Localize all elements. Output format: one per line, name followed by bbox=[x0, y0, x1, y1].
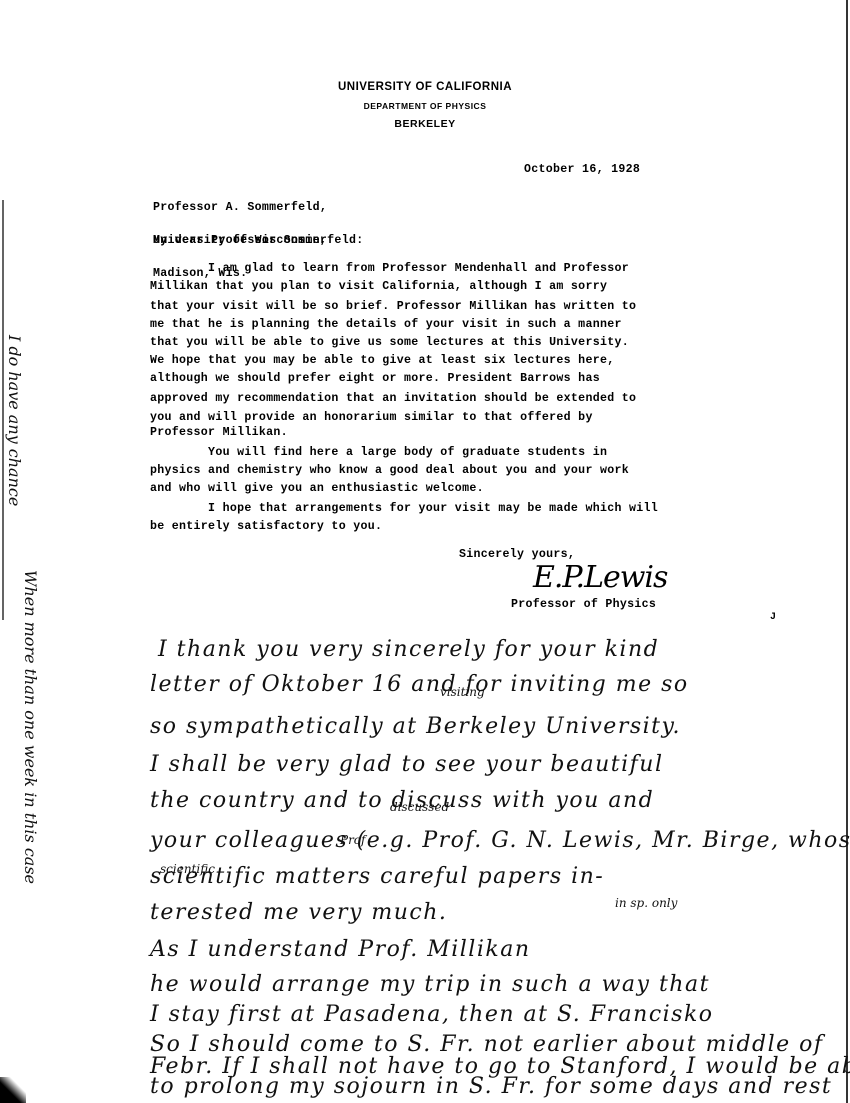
body-line: I hope that arrangements for your visit … bbox=[150, 502, 658, 515]
letterhead-department: DEPARTMENT OF PHYSICS bbox=[300, 101, 550, 111]
handwritten-line: I stay first at Pasadena, then at S. Fra… bbox=[150, 1002, 714, 1027]
body-line: Millikan that you plan to visit Californ… bbox=[150, 280, 607, 293]
body-line: I am glad to learn from Professor Menden… bbox=[150, 262, 629, 275]
body-line: that your visit will be so brief. Profes… bbox=[150, 300, 636, 313]
handwritten-line: so sympathetically at Berkeley Universit… bbox=[150, 714, 681, 739]
signer-title: Professor of Physics bbox=[511, 598, 656, 611]
body-line: me that he is planning the details of yo… bbox=[150, 318, 622, 331]
body-line: you and will provide an honorarium simil… bbox=[150, 411, 593, 424]
signature: E.P.Lewis bbox=[533, 560, 667, 595]
margin-note-1: I do have any chance of seeing bbox=[0, 335, 62, 506]
scan-corner-shadow bbox=[0, 1077, 26, 1103]
page-mark: J bbox=[770, 612, 776, 623]
body-line: and who will give you an enthusiastic we… bbox=[150, 482, 484, 495]
insertion-scientific: scientific bbox=[160, 862, 215, 876]
body-line: Professor Millikan. bbox=[150, 426, 288, 439]
margin-note-2: When more than one week in this case wou… bbox=[0, 570, 78, 884]
body-line: be entirely satisfactory to you. bbox=[150, 520, 382, 533]
letterhead-institution: UNIVERSITY OF CALIFORNIA bbox=[300, 81, 550, 93]
body-line: that you will be able to give us some le… bbox=[150, 336, 629, 349]
handwritten-line: I thank you very sincerely for your kind bbox=[158, 637, 659, 662]
body-line: although we should prefer eight or more.… bbox=[150, 372, 600, 385]
handwritten-line: I shall be very glad to see your beautif… bbox=[150, 752, 663, 777]
handwritten-line: As I understand Prof. Millikan bbox=[150, 937, 531, 962]
insertion-prof: Prof bbox=[340, 833, 365, 847]
insertion-in-sp-only: in sp. only bbox=[615, 896, 677, 910]
salutation: My dear Professor Sommerfeld: bbox=[153, 234, 363, 247]
handwritten-line: to prolong my sojourn in S. Fr. for some… bbox=[150, 1074, 832, 1099]
body-line: We hope that you may be able to give at … bbox=[150, 354, 614, 367]
letterhead-city: BERKELEY bbox=[300, 118, 550, 130]
recipient-line: Professor A. Sommerfeld, bbox=[153, 202, 327, 213]
body-line: approved my recommendation that an invit… bbox=[150, 392, 636, 405]
letter-date: October 16, 1928 bbox=[524, 163, 640, 176]
handwritten-line: letter of Oktober 16 and for inviting me… bbox=[150, 672, 689, 697]
page-edge-right bbox=[846, 0, 848, 1103]
handwritten-line: scientific matters careful papers in- bbox=[150, 864, 604, 889]
handwritten-line: terested me very much. bbox=[150, 900, 447, 925]
insertion-discussed: discussed bbox=[390, 800, 449, 814]
handwritten-line: your colleagues (e.g. Prof. G. N. Lewis,… bbox=[150, 828, 850, 853]
letter-page: UNIVERSITY OF CALIFORNIA DEPARTMENT OF P… bbox=[0, 0, 850, 1103]
body-line: You will find here a large body of gradu… bbox=[150, 446, 607, 459]
handwritten-line: he would arrange my trip in such a way t… bbox=[150, 972, 710, 997]
body-line: physics and chemistry who know a good de… bbox=[150, 464, 629, 477]
insertion-visiting: visiting bbox=[440, 685, 485, 699]
